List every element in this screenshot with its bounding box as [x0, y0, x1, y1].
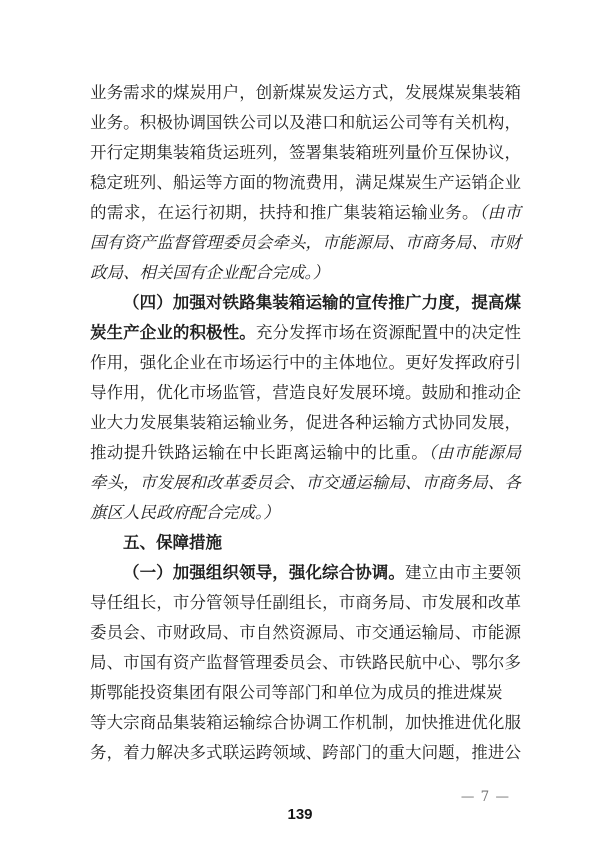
text-segment-body: 导作用，优化市场监管，营造良好发展环境。鼓励和推动企 — [90, 383, 521, 402]
text-segment-body: 建立由市主要领 — [405, 563, 521, 582]
body-line: 稳定班列、船运等方面的物流费用，满足煤炭生产运销企业 — [90, 168, 521, 198]
text-segment-body: 业务需求的煤炭用户，创新煤炭发运方式，发展煤炭集装箱 — [90, 83, 521, 102]
text-segment-body: 稳定班列、船运等方面的物流费用，满足煤炭生产运销企业 — [90, 173, 521, 192]
text-segment-body: 务，着力解决多式联运跨领域、跨部门的重大问题，推进公 — [90, 743, 521, 762]
body-line: 业务。积极协调国铁公司以及港口和航运公司等有关机构， — [90, 108, 521, 138]
text-segment-note: （由市 — [479, 203, 521, 222]
body-line: 政局、相关国有企业配合完成。） — [90, 258, 521, 288]
text-segment-body: 业务。积极协调国铁公司以及港口和航运公司等有关机构， — [90, 113, 521, 132]
body-line: 推动提升铁路运输在中长距离运输中的比重。（由市能源局 — [90, 438, 521, 468]
text-segment-note: 政局、相关国有企业配合完成。） — [90, 263, 329, 282]
body-line: 委员会、市财政局、市自然资源局、市交通运输局、市能源 — [90, 618, 521, 648]
body-line: 等大宗商品集装箱运输综合协调工作机制，加快推进优化服 — [90, 708, 521, 738]
body-line: 旗区人民政府配合完成。） — [90, 498, 521, 528]
text-segment-bold: 炭生产企业的积极性。 — [90, 323, 256, 342]
text-segment-note: （由市能源局 — [428, 443, 521, 462]
text-segment-body: 斯鄂能投资集团有限公司等部门和单位为成员的推进煤炭 — [90, 683, 503, 702]
text-segment-note: 旗区人民政府配合完成。） — [90, 503, 280, 522]
text-segment-body: 推动提升铁路运输在中长距离运输中的比重。 — [90, 443, 428, 462]
document-page: 业务需求的煤炭用户，创新煤炭发运方式，发展煤炭集装箱业务。积极协调国铁公司以及港… — [0, 0, 600, 848]
body-line: 局、市国有资产监督管理委员会、市铁路民航中心、鄂尔多 — [90, 648, 521, 678]
text-segment-body: 委员会、市财政局、市自然资源局、市交通运输局、市能源 — [90, 623, 521, 642]
body-line: 的需求，在运行初期，扶持和推广集装箱运输业务。（由市 — [90, 198, 521, 228]
text-segment-bold: （四）加强对铁路集装箱运输的宣传推广力度，提高煤 — [123, 293, 521, 312]
text-segment-body: 开行定期集装箱货运班列，签署集装箱班列量价互保协议， — [90, 143, 521, 162]
text-segment-bold: （一）加强组织领导，强化综合协调。 — [123, 563, 405, 582]
body-line: 开行定期集装箱货运班列，签署集装箱班列量价互保协议， — [90, 138, 521, 168]
body-line: 斯鄂能投资集团有限公司等部门和单位为成员的推进煤炭 — [90, 678, 521, 708]
body-line: 业大力发展集装箱运输业务，促进各种运输方式协同发展， — [90, 408, 521, 438]
body-line: 作用，强化企业在市场运行中的主体地位。更好发挥政府引 — [90, 348, 521, 378]
section-heading: 五、保障措施 — [90, 528, 521, 558]
text-segment-note: 牵头，市发展和改革委员会、市交通运输局、市商务局、各 — [90, 473, 521, 492]
text-segment-bold: 五、保障措施 — [123, 533, 222, 552]
body-line: （四）加强对铁路集装箱运输的宣传推广力度，提高煤 — [90, 288, 521, 318]
body-line: 炭生产企业的积极性。充分发挥市场在资源配置中的决定性 — [90, 318, 521, 348]
text-segment-body: 局、市国有资产监督管理委员会、市铁路民航中心、鄂尔多 — [90, 653, 521, 672]
text-segment-body: 充分发挥市场在资源配置中的决定性 — [256, 323, 521, 342]
text-segment-body: 的需求，在运行初期，扶持和推广集装箱运输业务。 — [90, 203, 479, 222]
body-line: 业务需求的煤炭用户，创新煤炭发运方式，发展煤炭集装箱 — [90, 78, 521, 108]
body-line: 牵头，市发展和改革委员会、市交通运输局、市商务局、各 — [90, 468, 521, 498]
body-line: 务，着力解决多式联运跨领域、跨部门的重大问题，推进公 — [90, 738, 521, 768]
body-line: 导作用，优化市场监管，营造良好发展环境。鼓励和推动企 — [90, 378, 521, 408]
compilation-page-number: 139 — [0, 806, 600, 823]
document-body: 业务需求的煤炭用户，创新煤炭发运方式，发展煤炭集装箱业务。积极协调国铁公司以及港… — [90, 78, 521, 768]
body-line: （一）加强组织领导，强化综合协调。建立由市主要领 — [90, 558, 521, 588]
text-segment-body: 导任组长，市分管领导任副组长，市商务局、市发展和改革 — [90, 593, 521, 612]
text-segment-note: 国有资产监督管理委员会牵头，市能源局、市商务局、市财 — [90, 233, 521, 252]
text-segment-body: 等大宗商品集装箱运输综合协调工作机制，加快推进优化服 — [90, 713, 521, 732]
page-number: — 7 — — [461, 789, 510, 805]
text-segment-body: 作用，强化企业在市场运行中的主体地位。更好发挥政府引 — [90, 353, 521, 372]
text-segment-body: 业大力发展集装箱运输业务，促进各种运输方式协同发展， — [90, 413, 521, 432]
body-line: 导任组长，市分管领导任副组长，市商务局、市发展和改革 — [90, 588, 521, 618]
body-line: 国有资产监督管理委员会牵头，市能源局、市商务局、市财 — [90, 228, 521, 258]
